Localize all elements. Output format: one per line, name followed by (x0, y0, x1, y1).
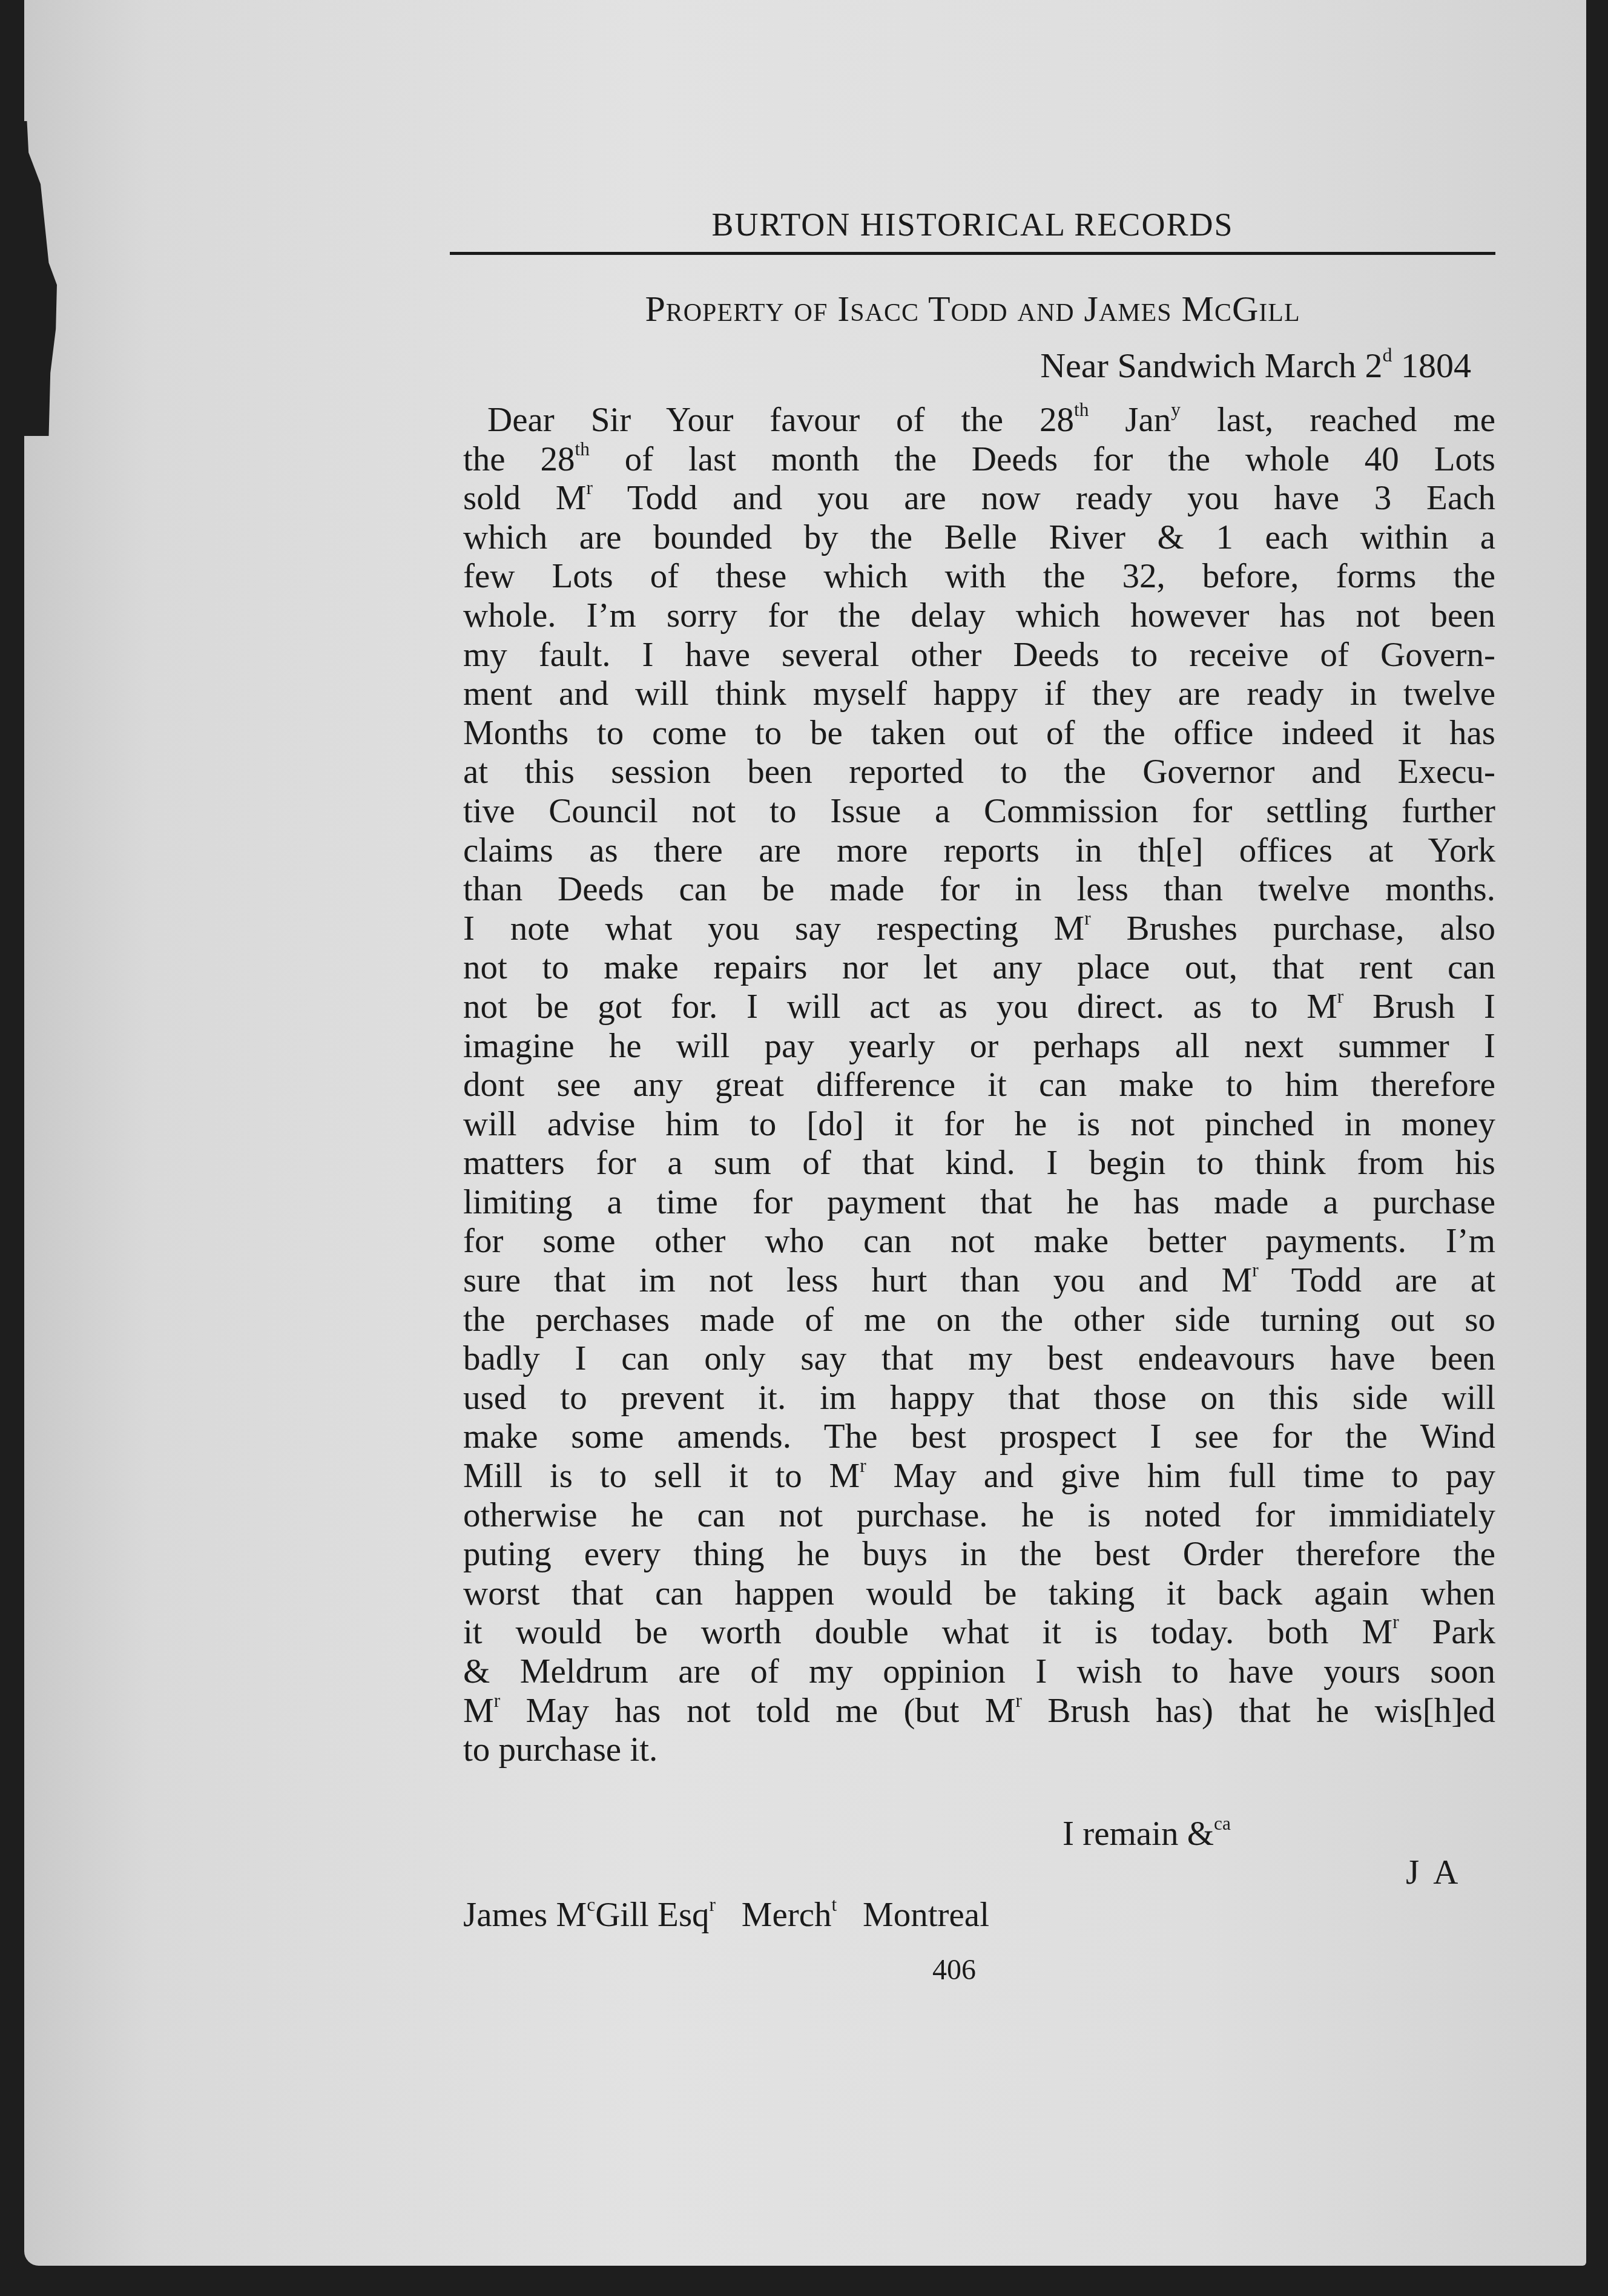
superscript: th (1074, 399, 1089, 420)
body-line: whole. I’m sorry for the delay which how… (463, 596, 1495, 636)
dateline-text: Near Sandwich March 2 (1040, 346, 1382, 385)
text-run: Mill is to sell it to M (463, 1457, 860, 1495)
superscript: r (1252, 1259, 1258, 1281)
body-line: it would be worth double what it is toda… (463, 1613, 1495, 1652)
body-line: at this session been reported to the Gov… (463, 753, 1495, 792)
text-run: make some amends. The best prospect I se… (463, 1417, 1495, 1456)
text-run: not to make repairs nor let any place ou… (463, 948, 1495, 986)
body-line: tive Council not to Issue a Commission f… (463, 792, 1495, 831)
superscript: r (1084, 908, 1090, 929)
text-run: last, reached me (1181, 401, 1495, 439)
text-run: Montreal (837, 1896, 989, 1934)
letter-title: Property of Isacc Todd and James McGill (450, 288, 1495, 330)
body-line: Dear Sir Your favour of the 28th Jany la… (463, 401, 1495, 440)
body-line: the perchases made of me on the other si… (463, 1301, 1495, 1340)
text-run: Todd are at (1259, 1261, 1495, 1299)
header-rule (450, 252, 1495, 255)
body-line: Mill is to sell it to Mr May and give hi… (463, 1457, 1495, 1496)
body-line: sold Mr Todd and you are now ready you h… (463, 479, 1495, 518)
text-run: badly I can only say that my best endeav… (463, 1339, 1495, 1377)
body-line: puting every thing he buys in the best O… (463, 1535, 1495, 1574)
superscript: r (1015, 1690, 1021, 1711)
superscript: r (710, 1894, 716, 1915)
text-run: James M (463, 1896, 587, 1934)
superscript: c (587, 1894, 595, 1915)
superscript: th (575, 438, 589, 460)
dateline: Near Sandwich March 2d 1804 (1040, 345, 1471, 386)
body-line: worst that can happen would be taking it… (463, 1574, 1495, 1614)
text-run: & Meldrum are of my oppinion I wish to h… (463, 1652, 1495, 1691)
text-run: Todd and you are now ready you have 3 Ea… (593, 479, 1495, 517)
text-run: limiting a time for payment that he has … (463, 1183, 1495, 1221)
body-line: for some other who can not make better p… (463, 1222, 1495, 1261)
letter-body: Dear Sir Your favour of the 28th Jany la… (463, 401, 1495, 1770)
text-run: Brush I (1343, 988, 1495, 1026)
body-line: Months to come to be taken out of the of… (463, 714, 1495, 753)
text-run: will advise him to [do] it for he is not… (463, 1105, 1495, 1143)
body-line: my fault. I have several other Deeds to … (463, 636, 1495, 675)
body-line: used to prevent it. im happy that those … (463, 1379, 1495, 1418)
closing-sup: ca (1214, 1813, 1231, 1834)
running-head: BURTON HISTORICAL RECORDS (450, 206, 1495, 243)
body-line: imagine he will pay yearly or perhaps al… (463, 1027, 1495, 1066)
body-line: which are bounded by the Belle River & 1… (463, 518, 1495, 558)
text-run: for some other who can not make better p… (463, 1222, 1495, 1260)
text-run: Park (1399, 1613, 1495, 1651)
body-line: Mr May has not told me (but Mr Brush has… (463, 1692, 1495, 1731)
text-run: Months to come to be taken out of the of… (463, 714, 1495, 752)
text-run: Brush has) that he wis[h]ed (1022, 1692, 1495, 1730)
text-run: sure that im not less hurt than you and … (463, 1261, 1252, 1299)
body-line: not be got for. I will act as you direct… (463, 988, 1495, 1027)
body-line: I note what you say respecting Mr Brushe… (463, 909, 1495, 949)
text-run: dont see any great difference it can mak… (463, 1066, 1495, 1104)
body-line: few Lots of these which with the 32, bef… (463, 557, 1495, 596)
superscript: r (1392, 1611, 1399, 1632)
text-run: than Deeds can be made for in less than … (463, 870, 1495, 908)
superscript: r (860, 1455, 866, 1476)
body-line: will advise him to [do] it for he is not… (463, 1105, 1495, 1144)
text-run: my fault. I have several other Deeds to … (463, 636, 1495, 674)
text-run: which are bounded by the Belle River & 1… (463, 518, 1495, 556)
body-line: the 28th of last month the Deeds for the… (463, 440, 1495, 480)
text-run: to purchase it. (463, 1730, 657, 1769)
text-run: imagine he will pay yearly or perhaps al… (463, 1027, 1495, 1065)
text-run: claims as there are more reports in th[e… (463, 831, 1495, 869)
closing-text: I remain & (1063, 1815, 1214, 1853)
body-line: otherwise he can not purchase. he is not… (463, 1496, 1495, 1536)
superscript: r (494, 1690, 500, 1711)
text-run: ment and will think myself happy if they… (463, 675, 1495, 713)
text-run: at this session been reported to the Gov… (463, 753, 1495, 791)
text-run: M (463, 1692, 494, 1730)
body-line: sure that im not less hurt than you and … (463, 1261, 1495, 1301)
closing: I remain &ca (1063, 1814, 1231, 1853)
text-run: Gill Esq (595, 1896, 709, 1934)
text-run: used to prevent it. im happy that those … (463, 1379, 1495, 1417)
text-run: of last month the Deeds for the whole 40… (590, 440, 1495, 478)
text-run: May and give him full time to pay (866, 1457, 1495, 1495)
text-run: the perchases made of me on the other si… (463, 1301, 1495, 1339)
body-line: & Meldrum are of my oppinion I wish to h… (463, 1652, 1495, 1692)
signature: J A (1406, 1853, 1461, 1892)
superscript: t (832, 1894, 837, 1915)
superscript: y (1171, 399, 1181, 420)
body-line: limiting a time for payment that he has … (463, 1183, 1495, 1222)
text-run: I note what you say respecting M (463, 909, 1084, 948)
text-run: May has not told me (but M (500, 1692, 1015, 1730)
scanned-page: BURTON HISTORICAL RECORDS Property of Is… (24, 0, 1586, 2266)
text-run: otherwise he can not purchase. he is not… (463, 1496, 1495, 1534)
text-run: few Lots of these which with the 32, bef… (463, 557, 1495, 595)
text-run: sold M (463, 479, 587, 517)
superscript: r (587, 477, 593, 498)
text-run: worst that can happen would be taking it… (463, 1574, 1495, 1612)
text-run: tive Council not to Issue a Commission f… (463, 792, 1495, 830)
text-run: Brushes purchase, also (1091, 909, 1495, 948)
dateline-sup: d (1383, 345, 1392, 366)
body-line: claims as there are more reports in th[e… (463, 831, 1495, 871)
superscript: r (1337, 986, 1343, 1007)
page-number: 406 (932, 1953, 976, 1987)
body-line: than Deeds can be made for in less than … (463, 870, 1495, 909)
body-line: ment and will think myself happy if they… (463, 675, 1495, 714)
text-run: puting every thing he buys in the best O… (463, 1535, 1495, 1573)
text-run: it would be worth double what it is toda… (463, 1613, 1392, 1651)
body-line: dont see any great difference it can mak… (463, 1066, 1495, 1105)
body-line: to purchase it. (463, 1730, 1495, 1770)
torn-page-edge (24, 121, 79, 436)
body-line: not to make repairs nor let any place ou… (463, 948, 1495, 988)
text-run: the 28 (463, 440, 575, 478)
text-run: Merch (716, 1896, 832, 1934)
text-run: Jan (1089, 401, 1171, 439)
dateline-year: 1804 (1392, 346, 1472, 385)
text-run: not be got for. I will act as you direct… (463, 988, 1337, 1026)
body-line: matters for a sum of that kind. I begin … (463, 1144, 1495, 1183)
text-run: Dear Sir Your favour of the 28 (487, 401, 1074, 439)
text-run: whole. I’m sorry for the delay which how… (463, 596, 1495, 635)
body-line: make some amends. The best prospect I se… (463, 1417, 1495, 1457)
address-line: James McGill Esqr Mercht Montreal (463, 1895, 989, 1935)
text-run: matters for a sum of that kind. I begin … (463, 1144, 1495, 1182)
body-line: badly I can only say that my best endeav… (463, 1339, 1495, 1379)
